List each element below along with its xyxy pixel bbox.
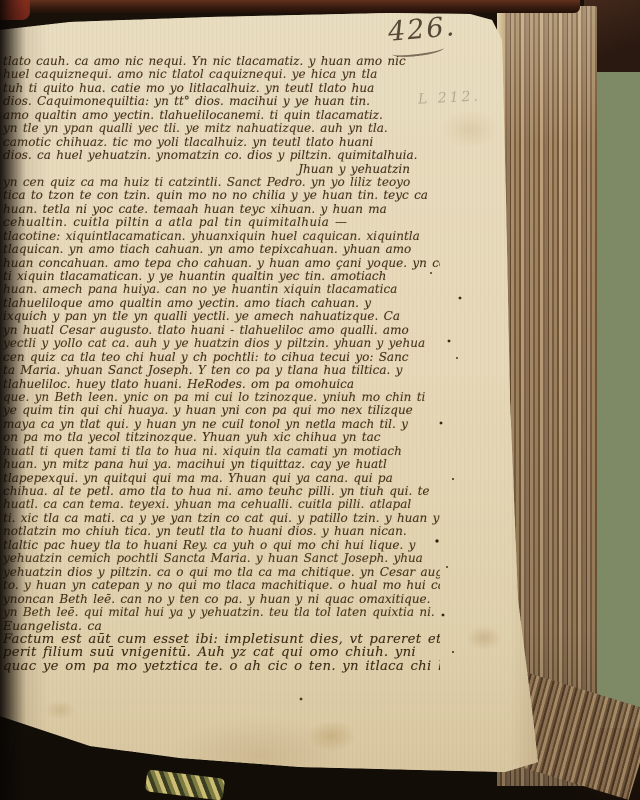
manuscript-line: yectli y yollo cat ca. auh y ye huatzin … [3,337,440,350]
manuscript-line: dios. ca huel yehuatzin. ynomatzin co. d… [3,149,440,162]
handwritten-text-block: tlato cauh. ca amo nic nequi. Yn nic tla… [3,55,440,673]
manuscript-line: huan concahuan. amo tepa cho cahuan. y h… [3,257,440,270]
manuscript-line: dios. Caquimonequiltia: yn tt° dios. mac… [3,95,440,108]
manuscript-line: ti xiquin tlacamatican. y ye huantin qua… [3,270,440,283]
manuscript-page: 426. L 212. tlato cauh. ca amo nic nequi… [0,10,545,790]
manuscript-line: camotic chihuaz. tic mo yoli tlacalhuiz.… [3,136,440,149]
manuscript-line: yn huatl Cesar augusto. tlato huani - tl… [3,324,440,337]
manuscript-line: notlatzin mo chiuh tica. yn teutl tla to… [3,525,440,538]
manuscript-line: tlaquican. yn amo tiach cahuan. yn amo t… [3,243,440,256]
endband-cord [145,769,225,800]
manuscript-line: tlacotine: xiquintlacamatican. yhuanxiqu… [3,230,440,243]
manuscript-line: tica to tzon te con tzin. quin mo no no … [3,189,440,202]
manuscript-line: ixquich y pan yn tle yn qualli yectli. y… [3,310,440,323]
manuscript-line: ye quim tin qui chi huaya. y huan yni co… [3,404,440,417]
manuscript-line: tlato cauh. ca amo nic nequi. Yn nic tla… [3,55,440,68]
page-number: 426. [387,11,458,48]
manuscript-line: yn cen quiz ca ma huiz ti catzintli. San… [3,176,440,189]
manuscript-photo: 426. L 212. tlato cauh. ca amo nic nequi… [0,0,640,800]
manuscript-line: cen quiz ca tla teo chi hual y ch pochtl… [3,351,440,364]
manuscript-line: tuh ti quito hua. catie mo yo litlacalhu… [3,82,440,95]
manuscript-line: huatl. ca can tema. teyexi. yhuan ma ceh… [3,498,440,511]
manuscript-line: Jhuan y yehuatzin [3,163,440,176]
manuscript-line: ta Maria. yhuan Sanct Joseph. Y ten co p… [3,364,440,377]
manuscript-line: ynoncan Beth leē. can no y ten co pa. y … [3,593,440,606]
manuscript-line: Euangelista. ca [3,619,440,632]
manuscript-line: huatl ti quen tami ti tla to hua ni. xiq… [3,445,440,458]
manuscript-line: ti. xic tla ca mati. ca y ye yan tzin co… [3,512,440,525]
manuscript-line: tlahueliloque amo qualtin amo yectin. am… [3,297,440,310]
manuscript-line: huan. amech pana huiya. can no ye huanti… [3,283,440,296]
manuscript-line: maya ca yn tlat qui. y huan yn ne cuil t… [3,418,440,431]
manuscript-line: yehuatzin cemich pochtli Sancta Maria. y… [3,552,440,565]
manuscript-line: cehualtin. cuitla piltin a atla pal tin … [3,216,440,229]
manuscript-line: on pa mo tla yecol titzinozque. Yhuan yu… [3,431,440,444]
manuscript-line: tlaltic pac huey tla to huani Rey. ca yu… [3,539,440,552]
marbled-cover-edge [592,50,640,740]
manuscript-line: chihua. al te petl. amo tla to hua ni. a… [3,485,440,498]
manuscript-line: yehuatzin dios y piltzin. ca o qui mo tl… [3,566,440,579]
manuscript-line: tlahueliloc. huey tlato huani. HeRodes. … [3,378,440,391]
manuscript-line: perit filium suū vnigenitū. Auh yz cat q… [3,646,440,659]
manuscript-line: tlapepexqui. yn quitqui qui ma ma. Yhuan… [3,472,440,485]
manuscript-line: to. y huan yn catepan y no qui mo tlaca … [3,579,440,592]
manuscript-line: Factum est aūt cum esset ibi: impletisun… [3,633,440,646]
manuscript-line: huan. yn mitz pana hui ya. macihui yn ti… [3,458,440,471]
manuscript-line: huan. tetla ni yoc cate. temaah huan tey… [3,203,440,216]
manuscript-line: que. yn Beth leen. ynic on pa mi cui lo … [3,391,440,404]
cover-top-edge [18,0,580,13]
manuscript-line: quac ye om pa mo yetztica te. o ah cic o… [3,660,440,673]
manuscript-line: yn tle yn ypan qualli yec tli. ye mitz n… [3,122,440,135]
manuscript-line: amo qualtin amo yectin. tlahuelilocanemi… [3,109,440,122]
manuscript-line: huel caquiznequi. amo nic tlatol caquizn… [3,68,440,81]
gutter-shadow [0,0,26,800]
manuscript-line: yn Beth leē. qui mital hui ya y yehuatzi… [3,606,440,619]
